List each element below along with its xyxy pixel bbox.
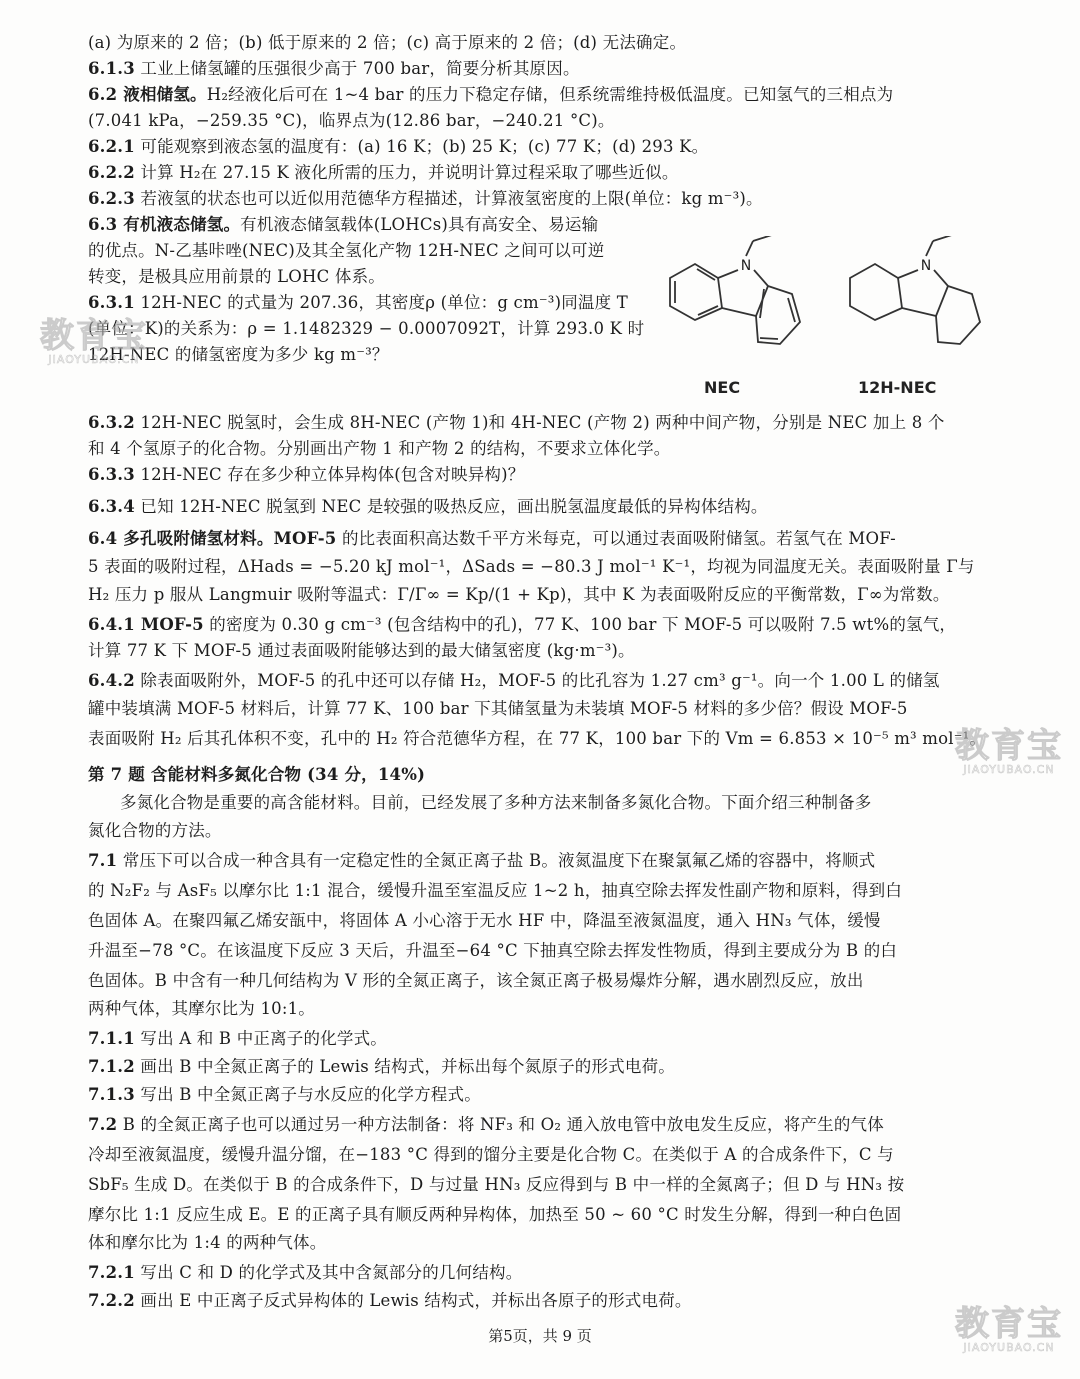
- question-text: 除表面吸附外，MOF-5 的孔中还可以存储 H₂，MOF-5 的比孔容为 1.2…: [135, 671, 940, 690]
- 12h-nec-label: 12H-NEC: [858, 378, 936, 397]
- text-line: SbF₅ 生成 D。在类似于 B 的合成条件下，D 与过量 HN₃ 反应得到与 …: [88, 1174, 904, 1196]
- question-text: 画出 B 中全氮正离子的 Lewis 结构式，并标出每个氮原子的形式电荷。: [135, 1057, 675, 1076]
- section-number: 7.1: [88, 851, 117, 870]
- text-line: 两种气体，其摩尔比为 10:1。: [88, 998, 315, 1020]
- section-heading: 6.3 有机液态储氢。: [88, 215, 240, 234]
- question-6-3-4: 6.3.4 已知 12H-NEC 脱氢到 NEC 是较强的吸热反应，画出脱氢温度…: [88, 496, 768, 518]
- exam-page: (a) 为原来的 2 倍；(b) 低于原来的 2 倍；(c) 高于原来的 2 倍…: [0, 0, 1080, 1379]
- section-text: 有机液态储氢载体(LOHCs)具有高安全、易运输: [240, 215, 598, 234]
- question-number: 6.3.2: [88, 413, 135, 432]
- watermark-cn: 教育宝: [944, 1306, 1074, 1342]
- text-line: (a) 为原来的 2 倍；(b) 低于原来的 2 倍；(c) 高于原来的 2 倍…: [88, 32, 686, 54]
- section-text: H₂经液化后可在 1~4 bar 的压力下稳定存储，但系统需维持极低温度。已知氢…: [207, 85, 894, 104]
- section-7-2: 7.2 B 的全氮正离子也可以通过另一种方法制备：将 NF₃ 和 O₂ 通入放电…: [88, 1114, 884, 1136]
- text-line: 升温至−78 °C。在该温度下反应 3 天后，升温至−64 °C 下抽真空除去挥…: [88, 940, 897, 962]
- question-text: 写出 C 和 D 的化学式及其中含氮部分的几何结构。: [135, 1263, 522, 1282]
- question-7-1-2: 7.1.2 画出 B 中全氮正离子的 Lewis 结构式，并标出每个氮原子的形式…: [88, 1056, 675, 1078]
- section-text: 的比表面积高达数千平方米每克，可以通过表面吸附储氢。若氢气在 MOF-: [337, 529, 896, 548]
- nec-label: NEC: [704, 378, 740, 397]
- text-line: 摩尔比 1:1 反应生成 E。E 的正离子具有顺反两种异构体，加热至 50 ~ …: [88, 1204, 901, 1226]
- section-7-1: 7.1 常压下可以合成一种含具有一定稳定性的全氮正离子盐 B。液氮温度下在聚氯氟…: [88, 850, 875, 872]
- question-number: 6.4.2: [88, 671, 135, 690]
- question-number: 7.1.1: [88, 1029, 135, 1048]
- question-number: 6.2.1: [88, 137, 135, 156]
- question-6-2-1: 6.2.1 可能观察到液态氢的温度有：(a) 16 K；(b) 25 K；(c)…: [88, 136, 708, 158]
- section-heading: 6.2 液相储氢。: [88, 85, 207, 104]
- watermark-logo: 教育宝 JIAOYUBAO.CN: [944, 728, 1074, 776]
- question-6-4-1: 6.4.1 MOF-5 的密度为 0.30 g cm⁻³ (包含结构中的孔)，7…: [88, 614, 956, 636]
- section-6-4: 6.4 多孔吸附储氢材料。MOF-5 的比表面积高达数千平方米每克，可以通过表面…: [88, 528, 896, 550]
- question-7-1-1: 7.1.1 写出 A 和 B 中正离子的化学式。: [88, 1028, 387, 1050]
- question-text: 计算 H₂在 27.15 K 液化所需的压力，并说明计算过程采取了哪些近似。: [135, 163, 679, 182]
- text-line: 罐中装填满 MOF-5 材料后，计算 77 K、100 bar 下其储氢量为未装…: [88, 698, 908, 720]
- question-text: 12H-NEC 存在多少种立体异构体(包含对映异构)？: [135, 465, 525, 484]
- 12h-nec-structure: [850, 236, 980, 344]
- question-text: 已知 12H-NEC 脱氢到 NEC 是较强的吸热反应，画出脱氢温度最低的异构体…: [135, 497, 768, 516]
- watermark-en: JIAOYUBAO.CN: [14, 354, 174, 366]
- section-text: B 的全氮正离子也可以通过另一种方法制备：将 NF₃ 和 O₂ 通入放电管中放电…: [117, 1115, 884, 1134]
- question-text: 可能观察到液态氢的温度有：(a) 16 K；(b) 25 K；(c) 77 K；…: [135, 137, 708, 156]
- question-7-2-2: 7.2.2 画出 E 中正离子反式异构体的 Lewis 结构式，并标出各原子的形…: [88, 1290, 692, 1312]
- watermark-logo: 教育宝 JIAOYUBAO.CN: [944, 1306, 1074, 1354]
- question-6-3-3: 6.3.3 12H-NEC 存在多少种立体异构体(包含对映异构)？: [88, 464, 524, 486]
- question-number: 6.2.3: [88, 189, 135, 208]
- question-number: 6.3.1: [88, 293, 135, 312]
- text-line: 色固体。B 中含有一种几何结构为 V 形的全氮正离子，该全氮正离子极易爆炸分解，…: [88, 970, 864, 992]
- text-line: 冷却至液氮温度，缓慢升温分馏，在−183 °C 得到的馏分主要是化合物 C。在类…: [88, 1144, 894, 1166]
- question-number: 7.1.2: [88, 1057, 135, 1076]
- question-number: 7.2.2: [88, 1291, 135, 1310]
- text-line: 和 4 个氢原子的化合物。分别画出产物 1 和产物 2 的结构，不要求立体化学。: [88, 438, 670, 460]
- watermark-cn: 教育宝: [14, 318, 174, 354]
- nitrogen-atom-label: N: [921, 258, 931, 274]
- question-number: 6.2.2: [88, 163, 135, 182]
- question-number: 7.1.3: [88, 1085, 135, 1104]
- text-line: 体和摩尔比为 1:4 的两种气体。: [88, 1232, 326, 1254]
- watermark-en: JIAOYUBAO.CN: [944, 1342, 1074, 1354]
- text-line: 转变，是极具应用前景的 LOHC 体系。: [88, 266, 385, 288]
- question-6-4-2: 6.4.2 除表面吸附外，MOF-5 的孔中还可以存储 H₂，MOF-5 的比孔…: [88, 670, 940, 692]
- question-text: 12H-NEC 脱氢时，会生成 8H-NEC (产物 1)和 4H-NEC (产…: [135, 413, 945, 432]
- text-line: 氮化合物的方法。: [88, 820, 222, 842]
- section-number: 7.2: [88, 1115, 117, 1134]
- text-line: 表面吸附 H₂ 后其孔体积不变，孔中的 H₂ 符合范德华方程，在 77 K，10…: [88, 728, 986, 750]
- section-heading: 6.4 多孔吸附储氢材料。MOF-5: [88, 529, 337, 548]
- question-number: 6.1.3: [88, 59, 135, 78]
- page-number-footer: 第5页，共 9 页: [0, 1325, 1080, 1346]
- question-text: 工业上储氢罐的压强很少高于 700 bar，简要分析其原因。: [135, 59, 580, 78]
- nec-structure: [670, 236, 800, 344]
- question-text: 12H-NEC 的式量为 207.36，其密度ρ (单位：g cm⁻³)同温度 …: [135, 293, 628, 312]
- watermark-en: JIAOYUBAO.CN: [944, 764, 1074, 776]
- question-7-2-1: 7.2.1 写出 C 和 D 的化学式及其中含氮部分的几何结构。: [88, 1262, 522, 1284]
- text-line: 计算 77 K 下 MOF-5 通过表面吸附能够达到的最大储氢密度 (kg·m⁻…: [88, 640, 635, 662]
- chemical-structures: N N: [650, 236, 990, 366]
- question-6-2-2: 6.2.2 计算 H₂在 27.15 K 液化所需的压力，并说明计算过程采取了哪…: [88, 162, 679, 184]
- text-line: 的 N₂F₂ 与 AsF₅ 以摩尔比 1:1 混合，缓慢升温至室温反应 1~2 …: [88, 880, 902, 902]
- question-6-3-2: 6.3.2 12H-NEC 脱氢时，会生成 8H-NEC (产物 1)和 4H-…: [88, 412, 945, 434]
- text-line: H₂ 压力 p 服从 Langmuir 吸附等温式：Γ/Γ∞ = Kp/(1 +…: [88, 584, 950, 606]
- text-line: (7.041 kPa，−259.35 °C)，临界点为(12.86 bar，−2…: [88, 110, 615, 132]
- question-7-1-3: 7.1.3 写出 B 中全氮正离子与水反应的化学方程式。: [88, 1084, 481, 1106]
- text-line: 的优点。N-乙基咔唑(NEC)及其全氢化产物 12H-NEC 之间可以可逆: [88, 240, 604, 262]
- question-text: 若液氢的状态也可以近似用范德华方程描述，计算液氢密度的上限(单位：kg m⁻³)…: [135, 189, 763, 208]
- question-text: 写出 A 和 B 中正离子的化学式。: [135, 1029, 387, 1048]
- question-number: 7.2.1: [88, 1263, 135, 1282]
- question-6-1-3: 6.1.3 工业上储氢罐的压强很少高于 700 bar，简要分析其原因。: [88, 58, 580, 80]
- question-text: 写出 B 中全氮正离子与水反应的化学方程式。: [135, 1085, 481, 1104]
- intro-paragraph: 多氮化合物是重要的高含能材料。目前，已经发展了多种方法来制备多氮化合物。下面介绍…: [120, 792, 872, 814]
- watermark-cn: 教育宝: [944, 728, 1074, 764]
- problem-7-heading: 第 7 题 含能材料多氮化合物 (34 分，14%): [88, 764, 425, 786]
- watermark-logo: 教育宝 JIAOYUBAO.CN: [14, 318, 174, 366]
- section-6-3: 6.3 有机液态储氢。有机液态储氢载体(LOHCs)具有高安全、易运输: [88, 214, 598, 236]
- question-number: 6.3.3: [88, 465, 135, 484]
- question-6-2-3: 6.2.3 若液氢的状态也可以近似用范德华方程描述，计算液氢密度的上限(单位：k…: [88, 188, 763, 210]
- text-line: 5 表面的吸附过程，ΔHads = −5.20 kJ mol⁻¹，ΔSads =…: [88, 556, 975, 578]
- question-text: 的密度为 0.30 g cm⁻³ (包含结构中的孔)，77 K、100 bar …: [204, 615, 956, 634]
- nitrogen-atom-label: N: [741, 258, 751, 274]
- question-text: 画出 E 中正离子反式异构体的 Lewis 结构式，并标出各原子的形式电荷。: [135, 1291, 692, 1310]
- question-number: 6.4.1 MOF-5: [88, 615, 204, 634]
- text-line: 色固体 A。在聚四氟乙烯安瓿中，将固体 A 小心溶于无水 HF 中，降温至液氮温…: [88, 910, 881, 932]
- section-6-2: 6.2 液相储氢。H₂经液化后可在 1~4 bar 的压力下稳定存储，但系统需维…: [88, 84, 893, 106]
- question-6-3-1: 6.3.1 12H-NEC 的式量为 207.36，其密度ρ (单位：g cm⁻…: [88, 292, 628, 314]
- question-number: 6.3.4: [88, 497, 135, 516]
- section-text: 常压下可以合成一种含具有一定稳定性的全氮正离子盐 B。液氮温度下在聚氯氟乙烯的容…: [117, 851, 875, 870]
